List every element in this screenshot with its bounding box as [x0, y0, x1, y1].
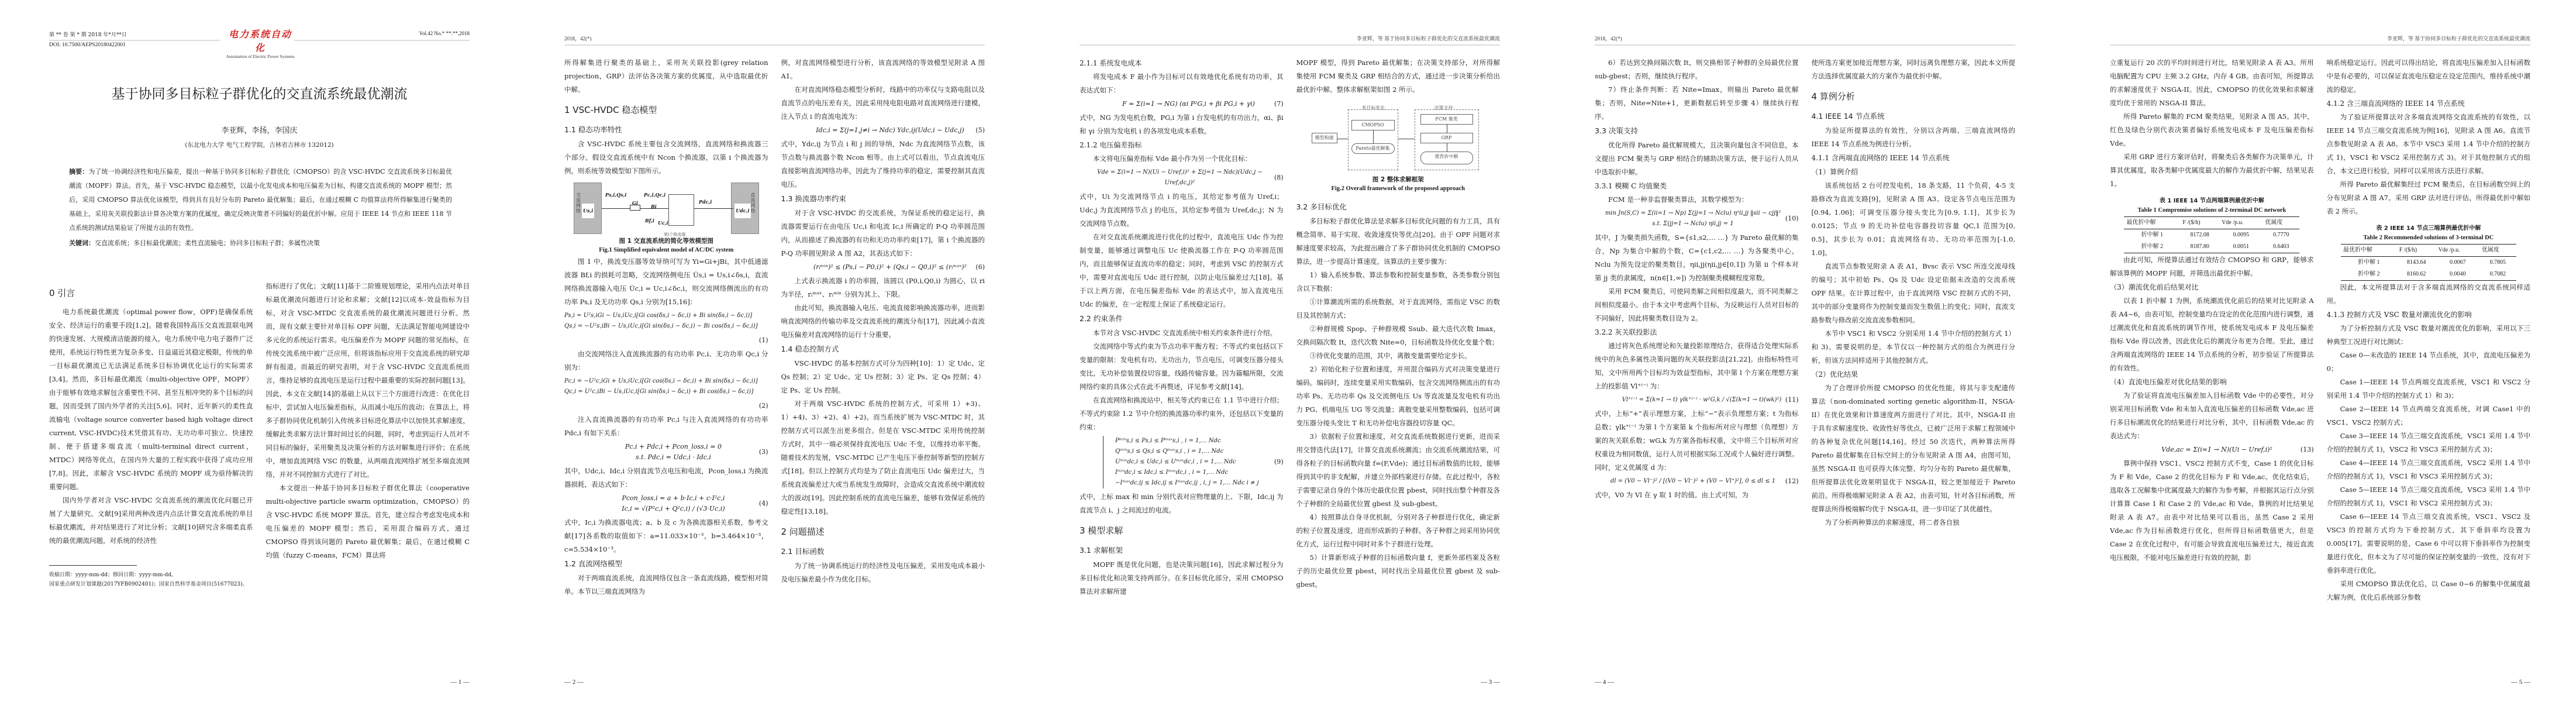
case-item: Case 2—IEEE 14 节点两端交直流系统，对调 Case1 中的 VSC…: [2327, 402, 2531, 429]
paper-title: 基于协同多目标粒子群优化的交直流系统最优潮流: [49, 83, 470, 102]
paragraph: 由此可知，换流器输入电压、电流直接影响换流器功率，进而影响直流网络的传输功率及交…: [781, 301, 985, 342]
paragraph: 将发电成本 F 最小作为目标可以有效地优化系统有功功率，其表达式如下：: [1080, 70, 1284, 97]
paragraph: VSC-HVDC 的基本控制方式可分为四种[10]：1）定 Udc、定 Qs 控…: [781, 357, 985, 397]
paragraph: 对于含 VSC-HVDC 的交流系统，为保证系统的稳定运行，换流器需要运行在由电…: [781, 207, 985, 260]
paragraph: 因此，本文所提算法对于含多端直流网络的交直流系统同样适用。: [2327, 281, 2531, 308]
subsection-heading-1-4: 1.4 稳态控制方式: [781, 342, 985, 357]
case-item: Case 6—IEEE 14 节点三端交直流系统，VSC1、VSC2 及 VSC…: [2327, 510, 2531, 577]
paragraph: 为了分析控制方式及 VSC 数量对潮流优化的影响，采用以下三种典型工况进行对比测…: [2327, 322, 2531, 349]
table-1: 最优折中解 F /($/h) Vde /p.u. 优属度 折中解 1 8172.…: [2124, 216, 2299, 253]
equation-11: Vl⁺⁽⁻⁾ = Σ(k=1 → t) γlk⁺⁽⁻⁾ · w²G,k / √(…: [1595, 393, 1799, 407]
page-number: — 4 —: [1595, 679, 1614, 686]
figure-2-diagram: 多目标优化 决策支持 模型构建 CMOPSO Pareto最优解集 FCM 聚类…: [1299, 101, 1498, 171]
paragraph: 上式表示换流器 i 的功率圆，该圆以 (P0,i,Q0,i) 为圆心，以 ri …: [781, 274, 985, 301]
section-heading-3: 3 模型求解: [1080, 521, 1284, 541]
page-4-col-right: 使所选方案更加接近理想方案，同时远离负理想方案，因此本文所提方法选择优属度最大的…: [1812, 56, 2016, 667]
paragraph: 所得解集进行聚类的基础上，采用灰关联投影(grey relation proje…: [564, 56, 768, 97]
page-number: — 1 —: [450, 679, 470, 686]
page-number: — 3 —: [1481, 679, 1500, 686]
page-3-body: 2.1.1 系统发电成本 将发电成本 F 最小作为目标可以有效地优化系统有功功率…: [1080, 56, 1500, 667]
paragraph: 采用 GRP 进行方案评估时，将聚类后各类解作为决策单元，计算其优属度，取各类解…: [2110, 150, 2314, 191]
paragraph: 例，对直流网络模型进行分析，该直流网络的等效模型见附录 A 图 A1。: [781, 56, 985, 83]
subheading-example-intro: （1）算例介绍: [1812, 165, 2016, 179]
paragraph: 本文提出一种基于协同多目标粒子群优化算法（cooperative multi-o…: [266, 481, 470, 562]
subsubsection-heading-3-3-1: 3.3.1 模糊 C 均值聚类: [1595, 179, 1799, 193]
subsection-heading-4-1: 4.1 IEEE 14 节点系统: [1812, 109, 2016, 124]
page-5-col-left: 立重复运行 20 次的平均时间进行对比，结果见附录 A 表 A3。所用电脑配置为…: [2110, 56, 2314, 667]
step-7: 7）终止条件判断：若 Nite=Imax，则输出 Pareto 最优解集；否则，…: [1595, 83, 1799, 123]
page-number: — 5 —: [2511, 679, 2530, 686]
keywords-text: 交直流系统；多目标最优潮流；柔性直流输电；协同多目标粒子群；多属性决策: [95, 239, 320, 247]
equation-9: Pᵐⁱⁿs,i ≤ Ps,i ≤ Pᵐᵃˣs,i , i = 1,… Ndc Q…: [1080, 434, 1284, 490]
section-heading-1: 1 VSC-HVDC 稳态模型: [564, 100, 768, 120]
node-cmopso: CMOPSO: [1351, 120, 1395, 130]
paragraph: 注入直流换流器的有功功率 Pc,i 与注入直流网络的有功功率 Pdc,i 有如下…: [564, 413, 768, 440]
table-row: 折中解 1 8143.64 0.0067 0.7805: [2341, 257, 2516, 269]
paragraph: 采用 FCM 聚类后，可使同类解之间相似度最大，而不同类解之间相似度最小。由于本…: [1595, 285, 1799, 325]
page-5: 李亚辉，等 基于协同多目标粒子群优化的交直流系统最优潮流 立重复运行 20 次的…: [2061, 0, 2576, 702]
arrow: [1447, 143, 1447, 152]
case-list: Case 0—未改造的 IEEE 14 节点系统，其中，直流电压偏差为 0； C…: [2327, 349, 2531, 577]
arrow: [1337, 139, 1348, 139]
equation-8: Vde = Σ(i=1 → N)(Ui − Uref,i)² + Σ(j=1 →…: [1080, 166, 1284, 190]
table-1-caption-cn: 表 1 IEEE 14 节点两端算例最优折中解: [2110, 197, 2314, 206]
page-1: 第 ** 卷 第 * 期 2018 年*月**日 DOI: 10.7500/AE…: [0, 0, 515, 702]
subsection-heading-1-3: 1.3 换流器功率约束: [781, 191, 985, 207]
subsection-heading-2-2: 2.2 约束条件: [1080, 311, 1284, 326]
converter-block: [668, 194, 694, 226]
step-2: 2）初始化粒子位置和速度，并用混合编码方式对决策变量进行编码。编码时，连续变量采…: [1296, 363, 1501, 430]
subsection-heading-2-1: 2.1 目标函数: [781, 544, 985, 559]
table-2: 最优折中解 F /($/h) Vde /p.u. 优属度 折中解 1 8143.…: [2341, 244, 2516, 281]
page-3-col-right: MOPF 模型，得到 Pareto 最优解集；在决策支持部分，对所得解集使用 F…: [1296, 56, 1501, 667]
case-item: Case 0—未改造的 IEEE 14 节点系统，其中，直流电压偏差为 0；: [2327, 349, 2531, 376]
page-3: 李亚辉，等 基于协同多目标粒子群优化的交直流系统最优潮流 2.1.1 系统发电成…: [1030, 0, 1546, 702]
paragraph: 式中，Ydc,ij 为节点 i 和 j 间的导纳，Ndc 为直流网络节点数，该节…: [781, 137, 985, 191]
paragraph: 采用 CMOPSO 算法优化后，以 Case 0~6 的解集中优属度最大解为例，…: [2327, 577, 2531, 604]
equation-10: min Jn(S,C) = Σ(ii=1 → Np) Σ(jj=1 → Nclu…: [1595, 207, 1799, 231]
paragraph: 电力系统最优潮流（optimal power flow，OPF)是确保系统安全、…: [49, 305, 253, 494]
paragraph: 国内外学者对含 VSC-HVDC 交直流系统的潮流优化问题已开展了大量研究。文献…: [49, 494, 253, 548]
paragraph: MOPF 模型，得到 Pareto 最优解集；在决策支持部分，对所得解集使用 F…: [1296, 56, 1501, 97]
label-udc: Udc,i: [734, 204, 750, 218]
paragraph: 为了分析两种算法的求解速度，将二者各自独: [1812, 516, 2016, 529]
case-item: Case 4—IEEE 14 节点三端交直流系统，VSC2 采用 1.4 节中介…: [2327, 456, 2531, 483]
paragraph: 指标进行了优化；文献[11]基于二阶锥规划理论，采用内点法对单目标最优潮流问题进…: [266, 280, 470, 481]
table-1-caption-en: Table 1 Compromise solutions of 2-termin…: [2110, 206, 2314, 215]
page-2-body: 所得解集进行聚类的基础上，采用灰关联投影(grey relation proje…: [564, 56, 985, 667]
paragraph: 对于两端 VSC-HVDC 系统的控制方式，可采用 1）+3)、1）+4)、3）…: [781, 397, 985, 518]
paragraph: 含 VSC-HVDC 系统主要包含交流网络，直流网络和换流器三个部分。假设交直流…: [564, 137, 768, 178]
equation-2: Pc,i = −U²c,iGi + Us,iUc,i[Gi cos(δs,i −…: [564, 374, 768, 399]
header-rule-right: [294, 40, 470, 41]
table-2-caption-en: Table 2 Recommended solutions of 3-termi…: [2327, 233, 2531, 243]
step-1c: ③待优化变量的范围，其中，离散变量需要给定步长。: [1296, 349, 1501, 363]
running-head-text: 2018，42(*): [1595, 35, 1622, 42]
node-grp: GRP: [1420, 133, 1473, 143]
running-head: 2018，42(*): [1595, 33, 2015, 46]
page-number: — 2 —: [564, 679, 584, 686]
paragraph: 所得 Pareto 最优解集经过 FCM 聚类后，在目标函数空间上的分布见附录 …: [2327, 178, 2531, 218]
subsubsection-heading-3-2-2: 3.2.2 灰关联投影法: [1595, 325, 1799, 339]
arrow: [1373, 130, 1374, 143]
equation-1: Ps,i = U²s,iGi − Us,iUc,i[Gi cos(δs,i − …: [564, 309, 768, 333]
paragraph: FCM 是一种非监督聚类算法，其数学模型为：: [1595, 193, 1799, 207]
equation-7: F = Σ(i=1 → NG) (αi P²G,i + βi PG,i + γi…: [1080, 97, 1284, 111]
running-head-text: 李亚辉，等 基于协同多目标粒子群优化的交直流系统最优潮流: [2387, 35, 2530, 42]
figure-1-caption-en: Fig.1 Simplified equivalent model of AC/…: [564, 246, 768, 255]
paragraph: 本文将电压偏差指标 Vde 最小作为另一个优化目标：: [1080, 152, 1284, 166]
subheading-optimization-results: （2）优化结果: [1812, 367, 2016, 381]
paragraph: 式中，上标“+”表示理想方案，上标“−”表示负理想方案；t 为指标总数；γlk⁺…: [1595, 407, 1799, 474]
page-3-col-left: 2.1.1 系统发电成本 将发电成本 F 最小作为目标可以有效地优化系统有功功率…: [1080, 56, 1284, 667]
table-header-row: 最优折中解 F /($/h) Vde /p.u. 优属度: [2124, 217, 2299, 229]
equation-3: Pc,i + Pdc,i + Pcon_loss,i = 0 s.t. Pdc,…: [564, 440, 768, 464]
node-model-build: 模型构建: [1312, 133, 1337, 143]
paragraph: 优化所得 Pareto 最优解规模大，且决策向量包含不同信息，本文提出 FCM …: [1595, 139, 1799, 179]
section-heading-4: 4 算例分析: [1812, 87, 2016, 106]
paragraph: 响系统稳定运行。因此可以得出结论，将直流电压偏差加入目标函数中是有必要的，可以保…: [2327, 56, 2531, 97]
subheading-before-after: （3）潮流优化前后结果对比: [2110, 280, 2314, 294]
figure-2-caption-en: Fig.2 Overall framework of the proposed …: [1296, 184, 1501, 194]
paragraph: 在直流网络和换流站中，相关等式约束已在 1.1 节中进行介绍；不等式约束除 1.…: [1080, 394, 1284, 434]
running-head-text: 2018，42(*): [564, 35, 592, 42]
paragraph: 本节对含 VSC-HVDC 交直流系统中相关约束条件进行介绍。: [1080, 326, 1284, 340]
footnote-funding: 国家重点研发计划课题(2017YFB0902401)；国家自然科学基金项目(51…: [49, 580, 253, 589]
circuit-wire: [602, 208, 733, 209]
volume-info: Vol.42 No.* **.**,2018: [419, 30, 470, 36]
equation-5: Idc,i = Σ(j=1,j≠i → Ndc) Ydc,ij(Udc,i − …: [781, 123, 985, 137]
paragraph: 由此可知，所提算法通过有效结合 CMOPSO 和 GRP，能够求解该算例的 MO…: [2110, 253, 2314, 280]
page-1-body: 0 引言 电力系统最优潮流（optimal power flow，OPF)是确保…: [49, 280, 470, 667]
arrow: [1398, 139, 1415, 139]
paragraph: 为了统一协调系统运行的经济性及电压偏差，采用发电成本最小及电压偏差最小作为优化目…: [781, 559, 985, 586]
keywords-label: 关键词：: [69, 239, 95, 247]
page-2-col-left: 所得解集进行聚类的基础上，采用灰关联投影(grey relation proje…: [564, 56, 768, 667]
abstract-label: 摘要：: [69, 168, 88, 175]
paragraph: 其中，J 为聚类损失函数，S={s1,s2,… …} 为 Pareto 最优解的…: [1595, 231, 1799, 285]
label-ps-qs: Ps,i,Qs,i: [605, 188, 626, 202]
subsection-heading-3-3: 3.3 决策支持: [1595, 123, 1799, 139]
subsubsection-heading-4-1-1: 4.1.1 含两端直流网络的 IEEE 14 节点系统: [1812, 151, 2016, 165]
footnote-rule: [49, 565, 137, 566]
paper-affiliation: (东北电力大学 电气工程学院，吉林省吉林市 132012): [49, 140, 470, 149]
label-pdc: Pdc,i: [699, 195, 712, 209]
running-head: 李亚辉，等 基于协同多目标粒子群优化的交直流系统最优潮流: [1080, 33, 1500, 46]
page-2: 2018，42(*) 所得解集进行聚类的基础上，采用灰关联投影(grey rel…: [515, 0, 1030, 702]
page-1-col-right: 指标进行了优化；文献[11]基于二阶锥规划理论，采用内点法对单目标最优潮流问题进…: [266, 280, 470, 667]
footnote-dates: 收稿日期：yyyy-mm-dd；修回日期：yyyy-mm-dd。: [49, 570, 253, 580]
step-4: 4）按照算法自身寻优机制，分别对各子种群进行优化，确定新的粒子位置及速度，进而形…: [1296, 511, 1501, 551]
label-us: Us,i: [582, 204, 594, 218]
doi[interactable]: DOI: 10.7500/AEPS20180422001: [49, 42, 126, 48]
paragraph: 本节中 VSC1 和 VSC2 分别采用 1.4 节中介绍的控制方式 1）和 3…: [1812, 327, 2016, 367]
page-4-col-left: 6）若达到交换间隔次数 It，则交换相邻子种群的全局最优位置 sub-gbest…: [1595, 56, 1799, 667]
equation-6: (rᵢᵐⁱⁿ)² ≤ (Ps,i − P0,i)² + (Qs,i − Q0,i…: [781, 260, 985, 274]
paragraph: 图 1 中，换流变压器等效导纳可写为 Yi=Gi+jBi，其中低通滤波器 Bf,…: [564, 255, 768, 309]
subsubsection-heading-4-1-2: 4.1.2 含三端直流网络的 IEEE 14 节点系统: [2327, 97, 2531, 111]
case-item: Case 1—IEEE 14 节点两端交直流系统，VSC1 和 VSC2 分别采…: [2327, 376, 2531, 402]
page-5-col-right: 响系统稳定运行。因此可以得出结论，将直流电压偏差加入目标函数中是有必要的，可以保…: [2327, 56, 2531, 667]
paragraph: 为了验证将直流电压偏差加入目标函数 Vde 中的必要性，对分别采用目标函数 Vd…: [2110, 389, 2314, 443]
abstract-text: 为了统一协调经济性和电压偏差，提出一种基于协同多目标粒子群优化（CMOPSO）的…: [69, 168, 452, 232]
document-strip: 第 ** 卷 第 * 期 2018 年*月**日 DOI: 10.7500/AE…: [0, 0, 2576, 702]
paragraph: 式中，上标 max 和 min 分别代表对应物理量的上、下限，Idc,ij 为直…: [1080, 490, 1284, 517]
running-head: 李亚辉，等 基于协同多目标粒子群优化的交直流系统最优潮流: [2110, 33, 2530, 46]
section-heading-2: 2 问题描述: [781, 522, 985, 542]
table-row: 折中解 2 8187.80 0.0051 0.6403: [2124, 241, 2299, 253]
paragraph: 使所选方案更加接近理想方案，同时远离负理想方案，因此本文所提方法选择优属度最大的…: [1812, 56, 2016, 83]
subsubsection-heading-4-1-3: 4.1.3 控制方式及 VSC 数量对潮流优化的影响: [2327, 308, 2531, 322]
case-item: Case 5—IEEE 14 节点三端交直流系统，VSC3 采用 1.4 节中介…: [2327, 483, 2531, 510]
table-row: 折中解 2 8160.62 0.0040 0.7082: [2341, 269, 2516, 281]
paragraph: 直流节点参数见附录 A 表 A1，Bvsc 表示 VSC 所连交流母线的编号；其…: [1812, 260, 2016, 327]
journal-logo-en: Automation of Electric Power Systems: [225, 54, 296, 59]
table-header-row: 最优折中解 F /($/h) Vde /p.u. 优属度: [2341, 245, 2516, 257]
subsection-heading-3-2: 3.2 多目标优化: [1296, 199, 1501, 215]
label-converter: 第i个换流器: [664, 228, 685, 242]
paragraph: 其中，Udc,i、Idc,i 分别直流节点电压和电流，Pcon_loss,i 为…: [564, 464, 768, 491]
paragraph: 为了验证所提算法对含多端直流网络交直流系统的有效性，以 IEEE 14 节点三端…: [2327, 111, 2531, 178]
paragraph: 式中，Ui 为交流网络节点 i 的电压，其给定参考值为 Uref,i；Udc,j…: [1080, 190, 1284, 230]
page-1-col-left: 0 引言 电力系统最优潮流（optimal power flow，OPF)是确保…: [49, 280, 253, 667]
label-b: Bi: [651, 200, 657, 214]
paragraph: 算例中保持 VSC1、VSC2 控制方式不变，Case 1 的优化目标为 F 和…: [2110, 457, 2314, 565]
node-pareto-set: Pareto最优解集: [1351, 143, 1395, 154]
step-1a: ①计算潮流所需的系统数据，对于直流网络，需指定 VSC 的数目及其控制方式；: [1296, 295, 1501, 322]
paragraph: 通过将灰色系统理论和矢量投影原理结合，获得适合处理实际系统中的灰色多属性决策问题…: [1595, 339, 1799, 393]
step-6: 6）若达到交换间隔次数 It，则交换相邻子种群的全局最优位置 sub-gbest…: [1595, 56, 1799, 83]
step-1b: ②种群规模 Spop、子种群规模 Ssub、最大迭代次数 Imax，交换间隔次数…: [1296, 322, 1501, 349]
paragraph: 式中，NG 为发电机台数，PG,i 为第 i 台发电机的有功出力，αi、βi 和…: [1080, 111, 1284, 138]
subheading-dc-voltage-effect: （4）直流电压偏差对优化结果的影响: [2110, 375, 2314, 389]
paragraph: 立重复运行 20 次的平均时间进行对比，结果见附录 A 表 A3。所用电脑配置为…: [2110, 56, 2314, 110]
issue-info: 第 ** 卷 第 * 期 2018 年*月**日: [49, 30, 127, 38]
equation-13: Vde,ac = Σ(i=1 → N)(Ui − Uref,i)²(13): [2110, 443, 2314, 457]
header-rule-left: [49, 40, 220, 41]
page-4: 2018，42(*) 6）若达到交换间隔次数 It，则交换相邻子种群的全局最优位…: [1546, 0, 2061, 702]
page-2-col-right: 例，对直流网络模型进行分析，该直流网络的等效模型见附录 A 图 A1。 在对直流…: [781, 56, 985, 667]
paragraph: 由交流网络注入直流换流器的有功功率 Pc,i、无功功率 Qc,i 分别为：: [564, 347, 768, 374]
paragraph: 对于两端直流系统，直流网络仅包含一条直流线路，模型相对简单。本节以三端直流网络为: [564, 572, 768, 598]
journal-header: 第 ** 卷 第 * 期 2018 年*月**日 DOI: 10.7500/AE…: [49, 27, 470, 56]
step-3: 3）依据粒子位置和速度，对交直流系统数据进行更新，进而采用交替迭代法[17]，计…: [1296, 430, 1501, 511]
journal-logo-cn: 电力系统自动化: [225, 27, 296, 54]
equation-1-number: (1): [564, 333, 768, 347]
section-heading-intro: 0 引言: [49, 283, 253, 303]
paragraph: 为了合理评价所提 CMOPSO 的优化性能，将其与非支配遗传算法（non-dom…: [1812, 381, 2016, 516]
paragraph: 式中，Ic,i 为换流器电流；a、b 及 c 为各换流器相关系数，参考文献[17…: [564, 516, 768, 556]
page-5-body: 立重复运行 20 次的平均时间进行对比，结果见附录 A 表 A3。所用电脑配置为…: [2110, 56, 2530, 667]
paragraph: 交流网络中等式约束为节点功率平衡方程；不等式约束包括以下变量的限制：发电机有功、…: [1080, 340, 1284, 394]
paper-authors: 李亚辉，李扬，李国庆: [49, 124, 470, 135]
table-row: 折中解 1 8172.08 0.0095 0.7770: [2124, 229, 2299, 242]
paragraph: 在对交直流系统潮流进行优化的过程中，直流电压 Udc 作为控制变量，能够通过调整…: [1080, 230, 1284, 311]
label-bf: Bf,i: [645, 214, 654, 228]
abstract: 摘要：为了统一协调经济性和电压偏差，提出一种基于协同多目标粒子群优化（CMOPS…: [69, 165, 452, 250]
equation-12: dl = (V0 − Vl⁻)² / [(V0 − Vl⁻)² + (V0 − …: [1595, 474, 1799, 488]
equation-4: Pcon_loss,i = a + b·Ic,i + c·I²c,i Ic,i …: [564, 491, 768, 516]
case-item: Case 3—IEEE 14 节点三端交直流系统，VSC1 采用 1.4 节中介…: [2327, 429, 2531, 456]
subsection-heading-1-1: 1.1 稳态功率特性: [564, 122, 768, 137]
arrow: [1447, 125, 1447, 133]
paragraph: 以表 1 折中解 1 为例，系统潮流优化前后的结果对比见附录 A 表 A4~6，…: [2110, 294, 2314, 375]
running-head-text: 李亚辉，等 基于协同多目标粒子群优化的交直流系统最优潮流: [1357, 35, 1500, 42]
paragraph: 式中，V0 为 Vl 在 γ 取 1 时的值。由上式可知，为: [1595, 488, 1799, 502]
node-fcm: FCM 聚类: [1420, 114, 1473, 125]
figure-1-diagram: 交流网络 直流网络 Us,i Udc,i Ps,i,Qs,i Pc,i,Qc,i…: [569, 183, 764, 234]
journal-logo: 电力系统自动化 Automation of Electric Power Sys…: [225, 27, 296, 59]
step-5: 5）计算新形成子种群的目标函数向量 f，更新外部档案及各粒子的历史最优位置 pb…: [1296, 551, 1501, 591]
paragraph: MOPF 既是优化问题，也是决策问题[16]，因此求解过程分为多目标优化和决策支…: [1080, 558, 1284, 598]
paragraph: 所得 Pareto 解集的 FCM 聚类结果，见附录 A 图 A5。其中，红色及…: [2110, 110, 2314, 150]
subsection-heading-3-1: 3.1 求解框架: [1080, 543, 1284, 558]
table-2-caption-cn: 表 2 IEEE 14 节点三端算例最优折中解: [2327, 224, 2531, 233]
figure-2-caption-cn: 图 2 整体求解框架: [1296, 175, 1501, 184]
subsection-heading-1-2: 1.2 直流网络模型: [564, 556, 768, 572]
paragraph: 该系统包括 2 台可控发电机，18 条支路，11 个负荷，4-5 支路修改为直流…: [1812, 179, 2016, 260]
running-head: 2018，42(*): [564, 33, 985, 46]
step-1: 1）输入系统参数、算法参数和控制变量参数，各类参数分别包含以下数据：: [1296, 269, 1501, 295]
paragraph: 为验证所提算法的有效性，分别以含两端、三端直流网络的 IEEE 14 节点系统为…: [1812, 124, 2016, 151]
paragraph: 在对直流网络稳态模型分析时，线路中的功率仅与支路电阻以及直流节点的电压差有关，因…: [781, 83, 985, 123]
paragraph: 多目标粒子群优化算法是求解多目标优化问题的有力工具，具有概念简单、易于实现、收敛…: [1296, 215, 1501, 269]
label-g: Gi: [632, 197, 638, 210]
node-recommended: 推荐折中解: [1420, 152, 1473, 164]
equation-2-number: (2): [564, 399, 768, 413]
page-4-body: 6）若达到交换间隔次数 It，则交换相邻子种群的全局最优位置 sub-gbest…: [1595, 56, 2015, 667]
subsubsection-heading-2-1-2: 2.1.2 电压偏差指标: [1080, 138, 1284, 152]
subsubsection-heading-2-1-1: 2.1.1 系统发电成本: [1080, 56, 1284, 70]
